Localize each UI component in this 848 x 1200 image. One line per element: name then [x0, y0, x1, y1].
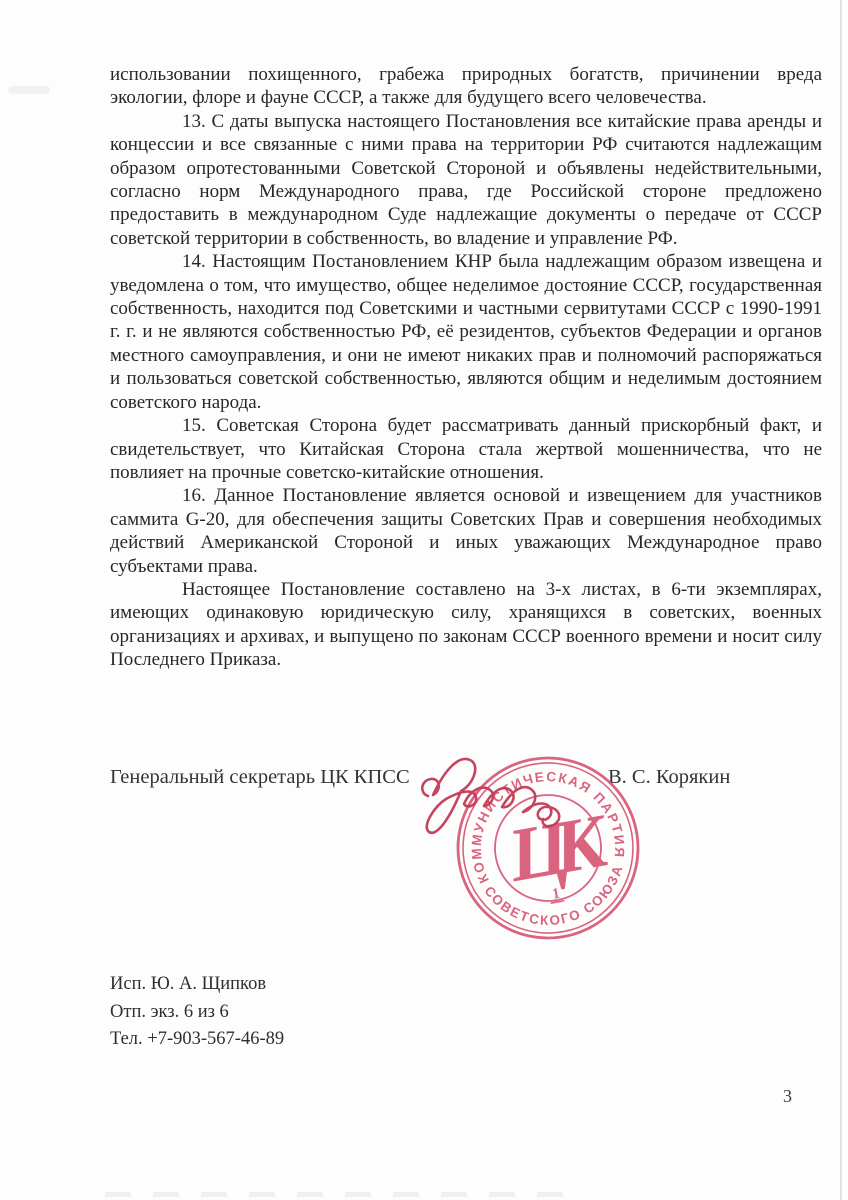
- page-number: 3: [783, 1086, 792, 1107]
- scan-smudge-artifact: [8, 86, 50, 94]
- scanned-document-page: использовании похищенного, грабежа приро…: [0, 0, 848, 1200]
- footer-block: Исп. Ю. А. Щипков Отп. экз. 6 из 6 Тел. …: [110, 971, 284, 1054]
- signatory-title: Генеральный секретарь ЦК КПСС: [110, 766, 410, 789]
- scan-edge-artifact: [840, 0, 842, 1200]
- signature-stroke: [422, 759, 559, 833]
- footer-phone: Тел. +7-903-567-46-89: [110, 1026, 284, 1054]
- paragraph-closing: Настоящее Постановление составлено на 3-…: [110, 578, 822, 672]
- paragraph-13: 13. С даты выпуска настоящего Постановле…: [110, 110, 822, 250]
- signature-ink: [418, 746, 608, 841]
- document-body: использовании похищенного, грабежа приро…: [110, 63, 822, 672]
- footer-executor: Исп. Ю. А. Щипков: [110, 971, 284, 999]
- paragraph-15: 15. Советская Сторона будет рассматриват…: [110, 414, 822, 484]
- scan-bottom-artifact: [105, 1192, 565, 1197]
- paragraph-14: 14. Настоящим Постановлением КНР была на…: [110, 250, 822, 414]
- paragraph-continuation: использовании похищенного, грабежа приро…: [110, 63, 822, 110]
- footer-copies: Отп. экз. 6 из 6: [110, 999, 284, 1027]
- paragraph-16: 16. Данное Постановление является осново…: [110, 484, 822, 578]
